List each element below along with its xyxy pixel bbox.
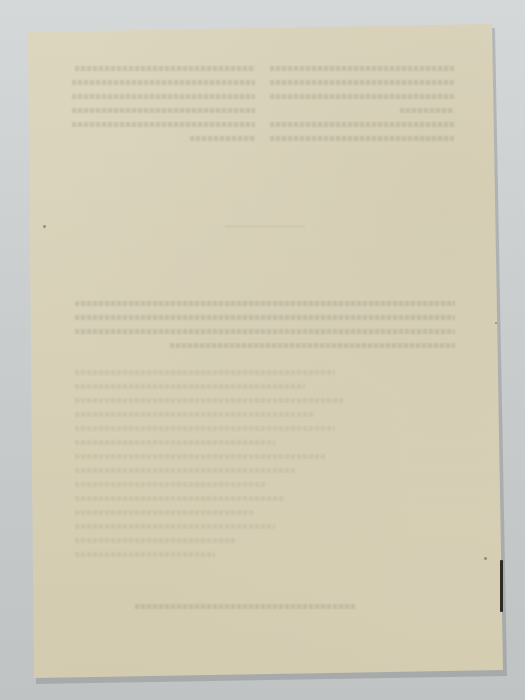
paper-speck	[43, 225, 46, 228]
bottom-footer-line	[135, 604, 355, 609]
paper-speck	[484, 557, 487, 560]
center-divider-rule	[225, 226, 305, 227]
staple	[500, 560, 503, 612]
paper-speck	[495, 322, 497, 324]
show-through-text-layer	[0, 0, 525, 700]
